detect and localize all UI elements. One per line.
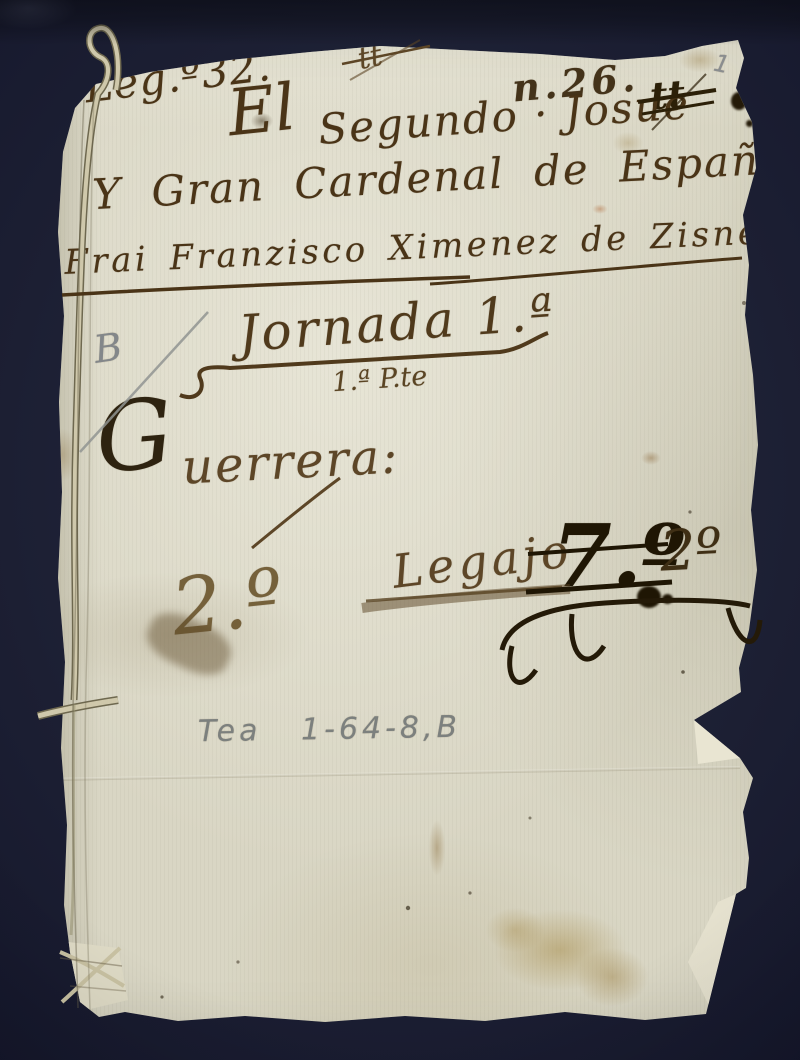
pencil-reference-code: Tea 1-64-8,B (198, 710, 462, 750)
guerrera-annotation: uerrera: (181, 428, 401, 495)
manuscript-cover-page: Leg.º32. tt n.26. tt 1 El Segundo · Josu… (0, 0, 800, 1060)
guerrera-initial: G (91, 377, 177, 495)
ink-blob-large (637, 586, 661, 608)
ink-blob-small (662, 594, 673, 604)
title-initial-el: El (224, 71, 299, 152)
numeral-2-secondary: 2º (658, 516, 723, 584)
pencil-letter-b: B (91, 324, 125, 371)
parte-subheading: 1.ª P.te (331, 361, 428, 399)
manuscript-photo: Leg.º32. tt n.26. tt 1 El Segundo · Josu… (0, 0, 800, 1060)
